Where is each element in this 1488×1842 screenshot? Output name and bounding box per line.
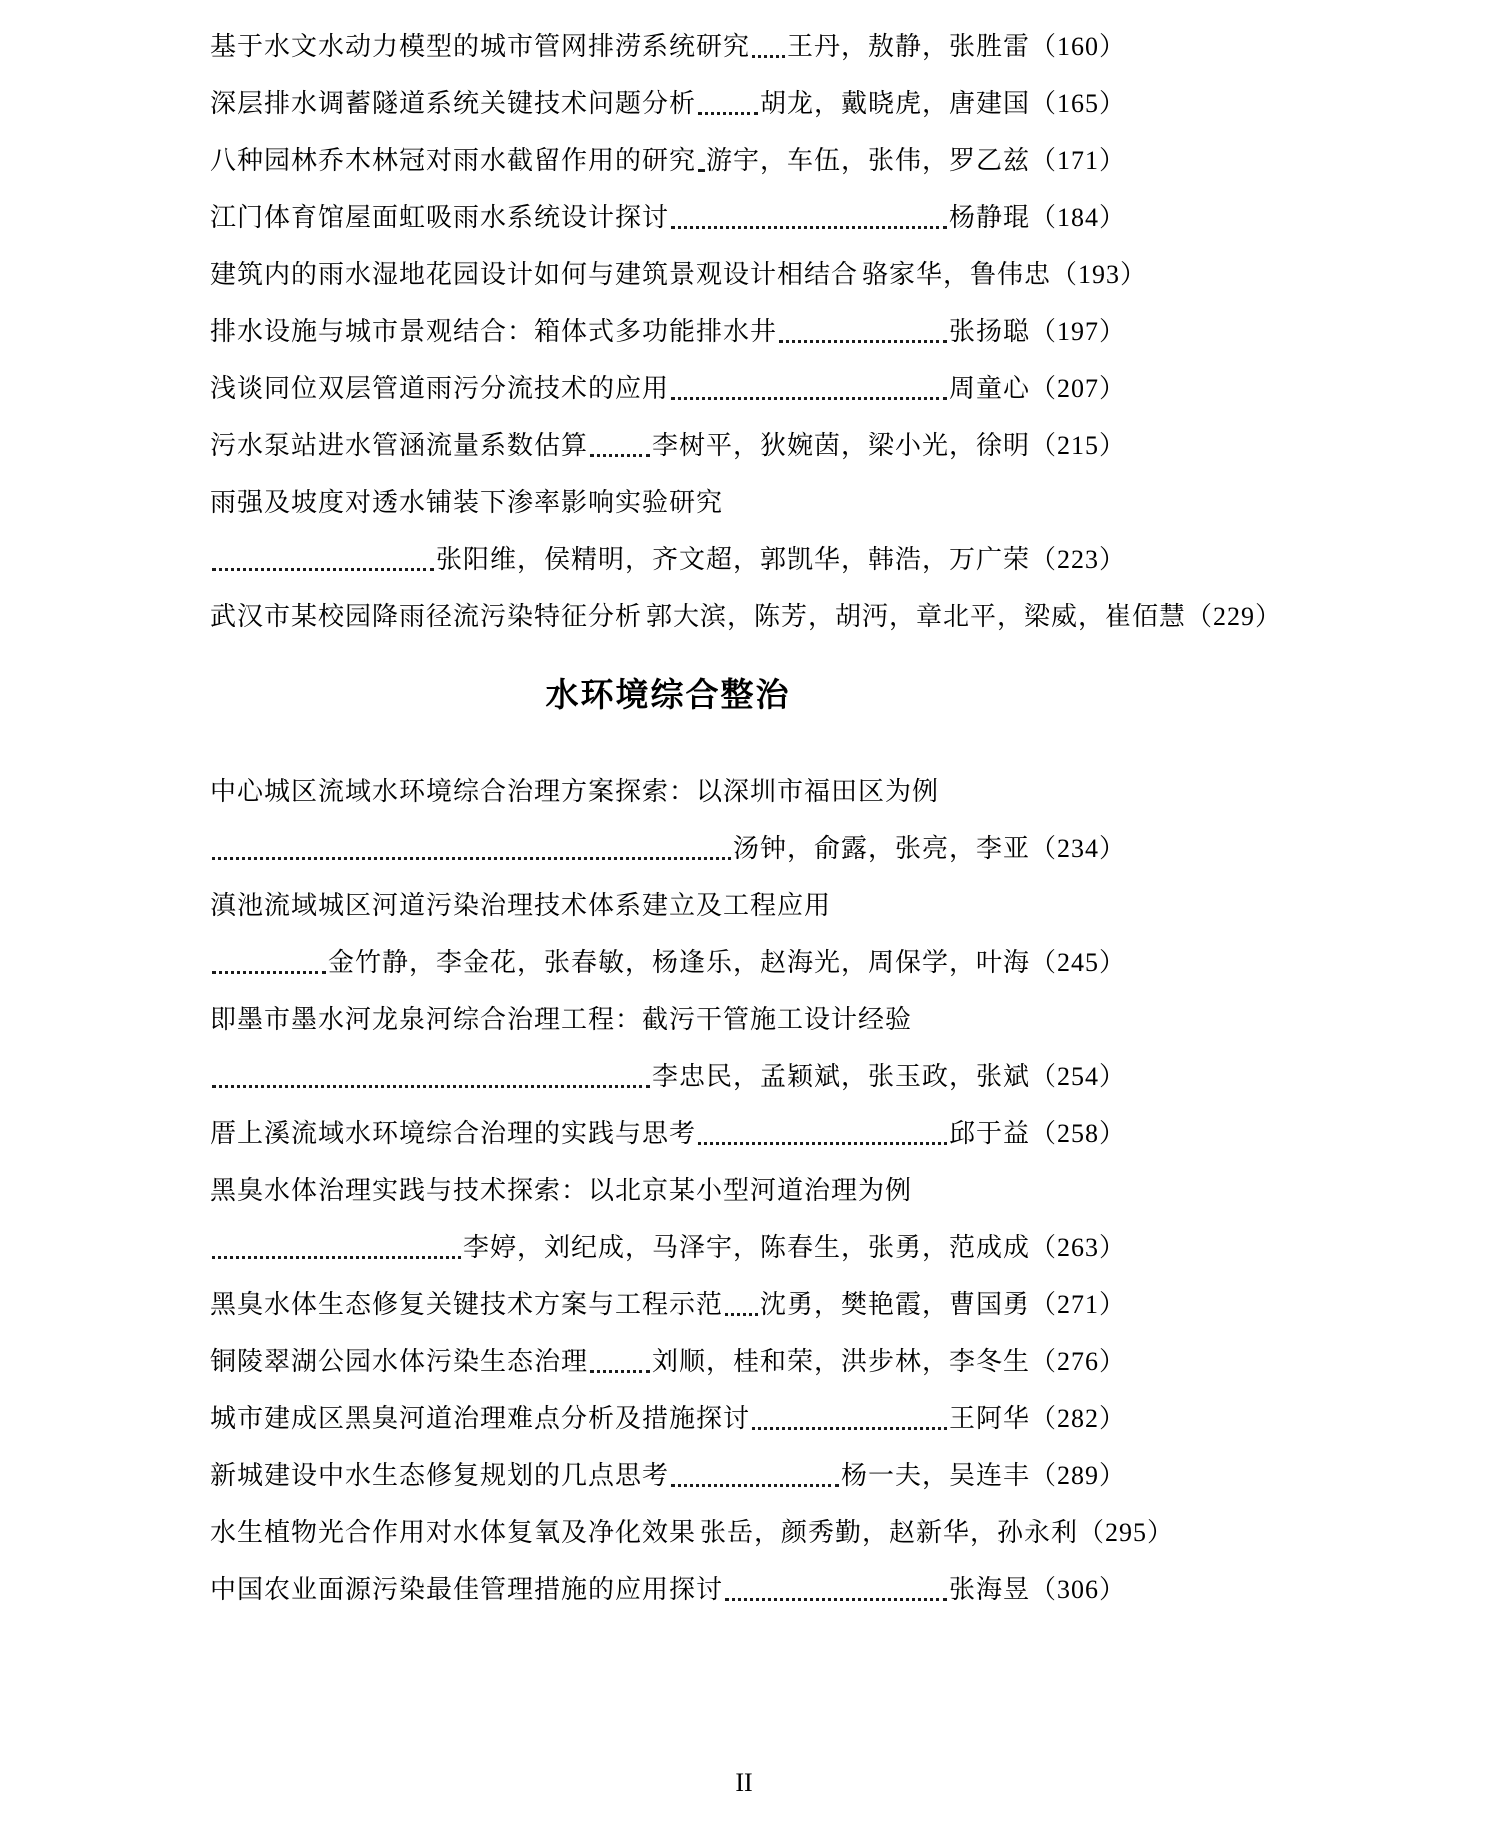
entry-authors-page: 杨一夫，吴连丰（289） bbox=[841, 1447, 1126, 1504]
toc-section-drainage-entries: 基于水文水动力模型的城市管网排涝系统研究 王丹，敖静，张胜雷（160） 深层排水… bbox=[210, 18, 1126, 645]
toc-entry: 黑臭水体生态修复关键技术方案与工程示范 沈勇，樊艳霞，曹国勇（271） bbox=[210, 1276, 1126, 1333]
entry-authors-page: 张扬聪（197） bbox=[949, 303, 1126, 360]
entry-title: 中心城区流域水环境综合治理方案探索：以深圳市福田区为例 bbox=[210, 763, 939, 820]
page-number: II bbox=[0, 1768, 1488, 1798]
toc-entry: 即墨市墨水河龙泉河综合治理工程：截污干管施工设计经验 bbox=[210, 991, 1126, 1048]
dot-leader bbox=[212, 820, 731, 877]
entry-authors-page: 骆家华，鲁伟忠（193） bbox=[862, 246, 1147, 303]
entry-authors-page: 邱于益（258） bbox=[949, 1105, 1126, 1162]
entry-title: 污水泵站进水管涵流量系数估算 bbox=[210, 417, 588, 474]
toc-entry: 浅谈同位双层管道雨污分流技术的应用 周童心（207） bbox=[210, 360, 1126, 417]
dot-leader bbox=[671, 360, 947, 417]
toc-entry: 厝上溪流域水环境综合治理的实践与思考 邱于益（258） bbox=[210, 1105, 1126, 1162]
entry-authors-page: 李树平，狄婉茵，梁小光，徐明（215） bbox=[652, 417, 1126, 474]
section-heading-water-environment: 水环境综合整治 bbox=[210, 675, 1126, 715]
toc-entry: 雨强及坡度对透水铺装下渗率影响实验研究 bbox=[210, 474, 1126, 531]
dot-leader bbox=[698, 1105, 947, 1162]
dot-leader bbox=[212, 1219, 461, 1276]
dot-leader bbox=[590, 1333, 650, 1390]
toc-entry: 金竹静，李金花，张春敏，杨逢乐，赵海光，周保学，叶海（245） bbox=[210, 934, 1126, 991]
dot-leader bbox=[725, 1561, 947, 1618]
entry-title: 浅谈同位双层管道雨污分流技术的应用 bbox=[210, 360, 669, 417]
entry-authors-page: 张岳，颜秀勤，赵新华，孙永利（295） bbox=[700, 1504, 1174, 1561]
entry-title: 武汉市某校园降雨径流污染特征分析 bbox=[210, 588, 642, 645]
entry-authors-page: 汤钟，俞露，张亮，李亚（234） bbox=[733, 820, 1126, 877]
dot-leader bbox=[698, 75, 758, 132]
dot-leader bbox=[725, 1276, 758, 1333]
entry-authors-page: 胡龙，戴晓虎，唐建国（165） bbox=[760, 75, 1126, 132]
entry-title: 深层排水调蓄隧道系统关键技术问题分析 bbox=[210, 75, 696, 132]
entry-title: 排水设施与城市景观结合：箱体式多功能排水井 bbox=[210, 303, 777, 360]
toc-entry: 铜陵翠湖公园水体污染生态治理 刘顺，桂和荣，洪步林，李冬生（276） bbox=[210, 1333, 1126, 1390]
toc-entry: 污水泵站进水管涵流量系数估算 李树平，狄婉茵，梁小光，徐明（215） bbox=[210, 417, 1126, 474]
dot-leader bbox=[671, 189, 947, 246]
entry-title: 厝上溪流域水环境综合治理的实践与思考 bbox=[210, 1105, 696, 1162]
toc-entry: 李忠民，孟颖斌，张玉政，张斌（254） bbox=[210, 1048, 1126, 1105]
toc-entry: 八种园林乔木林冠对雨水截留作用的研究 游宇，车伍，张伟，罗乙兹（171） bbox=[210, 132, 1126, 189]
toc-entry: 李婷，刘纪成，马泽宇，陈春生，张勇，范成成（263） bbox=[210, 1219, 1126, 1276]
entry-authors-page: 张阳维，侯精明，齐文超，郭凯华，韩浩，万广荣（223） bbox=[436, 531, 1126, 588]
dot-leader bbox=[212, 531, 434, 588]
toc-entry: 建筑内的雨水湿地花园设计如何与建筑景观设计相结合 骆家华，鲁伟忠（193） bbox=[210, 246, 1126, 303]
entry-authors-page: 杨静琨（184） bbox=[949, 189, 1126, 246]
entry-authors-page: 王丹，敖静，张胜雷（160） bbox=[787, 18, 1126, 75]
entry-title: 黑臭水体治理实践与技术探索：以北京某小型河道治理为例 bbox=[210, 1162, 912, 1219]
dot-leader bbox=[752, 1390, 947, 1447]
toc-entry: 张阳维，侯精明，齐文超，郭凯华，韩浩，万广荣（223） bbox=[210, 531, 1126, 588]
entry-title: 江门体育馆屋面虹吸雨水系统设计探讨 bbox=[210, 189, 669, 246]
toc-entry: 新城建设中水生态修复规划的几点思考 杨一夫，吴连丰（289） bbox=[210, 1447, 1126, 1504]
entry-title: 中国农业面源污染最佳管理措施的应用探讨 bbox=[210, 1561, 723, 1618]
toc-entry: 排水设施与城市景观结合：箱体式多功能排水井 张扬聪（197） bbox=[210, 303, 1126, 360]
entry-authors-page: 沈勇，樊艳霞，曹国勇（271） bbox=[760, 1276, 1126, 1333]
toc-entry: 江门体育馆屋面虹吸雨水系统设计探讨 杨静琨（184） bbox=[210, 189, 1126, 246]
dot-leader bbox=[698, 132, 704, 189]
entry-title: 建筑内的雨水湿地花园设计如何与建筑景观设计相结合 bbox=[210, 246, 858, 303]
entry-authors-page: 游宇，车伍，张伟，罗乙兹（171） bbox=[706, 132, 1126, 189]
dot-leader bbox=[779, 303, 947, 360]
dot-leader bbox=[752, 18, 785, 75]
entry-title: 八种园林乔木林冠对雨水截留作用的研究 bbox=[210, 132, 696, 189]
entry-title: 铜陵翠湖公园水体污染生态治理 bbox=[210, 1333, 588, 1390]
entry-title: 城市建成区黑臭河道治理难点分析及措施探讨 bbox=[210, 1390, 750, 1447]
toc-section-water-environment-entries: 中心城区流域水环境综合治理方案探索：以深圳市福田区为例 汤钟，俞露，张亮，李亚（… bbox=[210, 763, 1126, 1618]
entry-title: 雨强及坡度对透水铺装下渗率影响实验研究 bbox=[210, 474, 723, 531]
entry-title: 黑臭水体生态修复关键技术方案与工程示范 bbox=[210, 1276, 723, 1333]
toc-entry: 中心城区流域水环境综合治理方案探索：以深圳市福田区为例 bbox=[210, 763, 1126, 820]
entry-authors-page: 周童心（207） bbox=[949, 360, 1126, 417]
toc-entry: 汤钟，俞露，张亮，李亚（234） bbox=[210, 820, 1126, 877]
toc-entry: 深层排水调蓄隧道系统关键技术问题分析 胡龙，戴晓虎，唐建国（165） bbox=[210, 75, 1126, 132]
entry-authors-page: 刘顺，桂和荣，洪步林，李冬生（276） bbox=[652, 1333, 1126, 1390]
entry-authors-page: 李婷，刘纪成，马泽宇，陈春生，张勇，范成成（263） bbox=[463, 1219, 1126, 1276]
entry-title: 基于水文水动力模型的城市管网排涝系统研究 bbox=[210, 18, 750, 75]
toc-page: 基于水文水动力模型的城市管网排涝系统研究 王丹，敖静，张胜雷（160） 深层排水… bbox=[0, 0, 1488, 1842]
entry-title: 即墨市墨水河龙泉河综合治理工程：截污干管施工设计经验 bbox=[210, 991, 912, 1048]
toc-entry: 滇池流域城区河道污染治理技术体系建立及工程应用 bbox=[210, 877, 1126, 934]
dot-leader bbox=[212, 934, 326, 991]
toc-entry: 黑臭水体治理实践与技术探索：以北京某小型河道治理为例 bbox=[210, 1162, 1126, 1219]
entry-title: 滇池流域城区河道污染治理技术体系建立及工程应用 bbox=[210, 877, 831, 934]
dot-leader bbox=[212, 1048, 650, 1105]
toc-entry: 武汉市某校园降雨径流污染特征分析 郭大滨，陈芳，胡沔，章北平，梁威，崔佰慧（22… bbox=[210, 588, 1126, 645]
toc-entry: 城市建成区黑臭河道治理难点分析及措施探讨 王阿华（282） bbox=[210, 1390, 1126, 1447]
entry-title: 新城建设中水生态修复规划的几点思考 bbox=[210, 1447, 669, 1504]
entry-authors-page: 金竹静，李金花，张春敏，杨逢乐，赵海光，周保学，叶海（245） bbox=[328, 934, 1126, 991]
toc-entry: 中国农业面源污染最佳管理措施的应用探讨 张海昱（306） bbox=[210, 1561, 1126, 1618]
entry-authors-page: 李忠民，孟颖斌，张玉政，张斌（254） bbox=[652, 1048, 1126, 1105]
dot-leader bbox=[590, 417, 650, 474]
toc-entry: 基于水文水动力模型的城市管网排涝系统研究 王丹，敖静，张胜雷（160） bbox=[210, 18, 1126, 75]
table-of-contents: 基于水文水动力模型的城市管网排涝系统研究 王丹，敖静，张胜雷（160） 深层排水… bbox=[210, 18, 1126, 1618]
entry-authors-page: 王阿华（282） bbox=[949, 1390, 1126, 1447]
entry-authors-page: 郭大滨，陈芳，胡沔，章北平，梁威，崔佰慧（229） bbox=[646, 588, 1282, 645]
dot-leader bbox=[671, 1447, 839, 1504]
entry-authors-page: 张海昱（306） bbox=[949, 1561, 1126, 1618]
entry-title: 水生植物光合作用对水体复氧及净化效果 bbox=[210, 1504, 696, 1561]
toc-entry: 水生植物光合作用对水体复氧及净化效果 张岳，颜秀勤，赵新华，孙永利（295） bbox=[210, 1504, 1126, 1561]
